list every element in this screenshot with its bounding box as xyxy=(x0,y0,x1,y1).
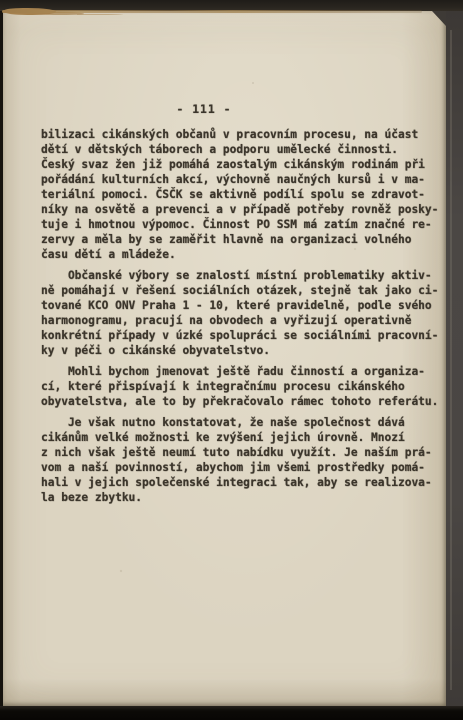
document-page: - 111 - bilizaci cikánských občanů v pra… xyxy=(3,11,446,706)
text-line: níky na osvětě a prevenci a v případě po… xyxy=(41,202,436,217)
text-line: času dětí a mládeže. xyxy=(41,247,436,262)
text-line: Mohli bychom jmenovat ještě řadu činnost… xyxy=(41,364,436,379)
text-line: bilizaci cikánských občanů v pracovním p… xyxy=(41,127,436,142)
text-line: zervy a měla by se zaměřit hlavně na org… xyxy=(41,232,436,247)
book-bottom-edge xyxy=(0,706,463,720)
page-stack-edge xyxy=(450,30,452,690)
paragraph: bilizaci cikánských občanů v pracovním p… xyxy=(41,127,436,263)
text-line: dětí v dětských táborech a podporu uměle… xyxy=(41,142,436,157)
text-line: la beze zbytku. xyxy=(41,490,436,505)
page-number: - 111 - xyxy=(3,98,449,117)
text-line: cí, které přispívají k integračnímu proc… xyxy=(41,379,436,394)
typewritten-text: bilizaci cikánských občanů v pracovním p… xyxy=(41,127,436,506)
text-line: z nich však ještě neumí tuto nabídku vyu… xyxy=(41,445,436,460)
scanned-book-page-photo: - 111 - bilizaci cikánských občanů v pra… xyxy=(0,0,463,720)
text-line: tované KCO ONV Praha 1 - 10, které pravi… xyxy=(41,298,436,313)
paragraph: Je však nutno konstatovat, že naše spole… xyxy=(41,415,436,506)
paragraph: Mohli bychom jmenovat ještě řadu činnost… xyxy=(41,364,436,409)
paragraph: Občanské výbory se znalostí místní probl… xyxy=(41,268,436,359)
text-line: teriální pomoci. ČSČK se aktivně podílí … xyxy=(41,187,436,202)
text-line: ky v péči o cikánské obyvatelstvo. xyxy=(41,343,436,358)
text-line: harmonogramu, pracují na obvodech a vyři… xyxy=(41,313,436,328)
text-line: Občanské výbory se znalostí místní probl… xyxy=(41,268,436,283)
text-line: Český svaz žen již pomáhá zaostalým ciká… xyxy=(41,157,436,172)
torn-paper-edge-line xyxy=(2,10,422,13)
text-line: Je však nutno konstatovat, že naše spole… xyxy=(41,415,436,430)
text-line: vom a naší povinností, abychom jim všemi… xyxy=(41,460,436,475)
text-line: hali v jejich společenské integraci tak,… xyxy=(41,475,436,490)
text-line: konkrétní případy v úzké spolupráci se s… xyxy=(41,328,436,343)
clipped-page-corner xyxy=(432,11,446,26)
text-line: tuje i hmotnou výpomoc. Činnost PO SSM m… xyxy=(41,217,436,232)
text-line: obyvatelstva, ale to by překračovalo rám… xyxy=(41,394,436,409)
text-line: pořádání kulturních akcí, výchovně naučn… xyxy=(41,172,436,187)
text-line: ně pomáhají v řešení sociálních otázek, … xyxy=(41,283,436,298)
text-line: cikánům velké možnosti ke zvýšení jejich… xyxy=(41,430,436,445)
page-number-text: - 111 - xyxy=(176,102,231,116)
